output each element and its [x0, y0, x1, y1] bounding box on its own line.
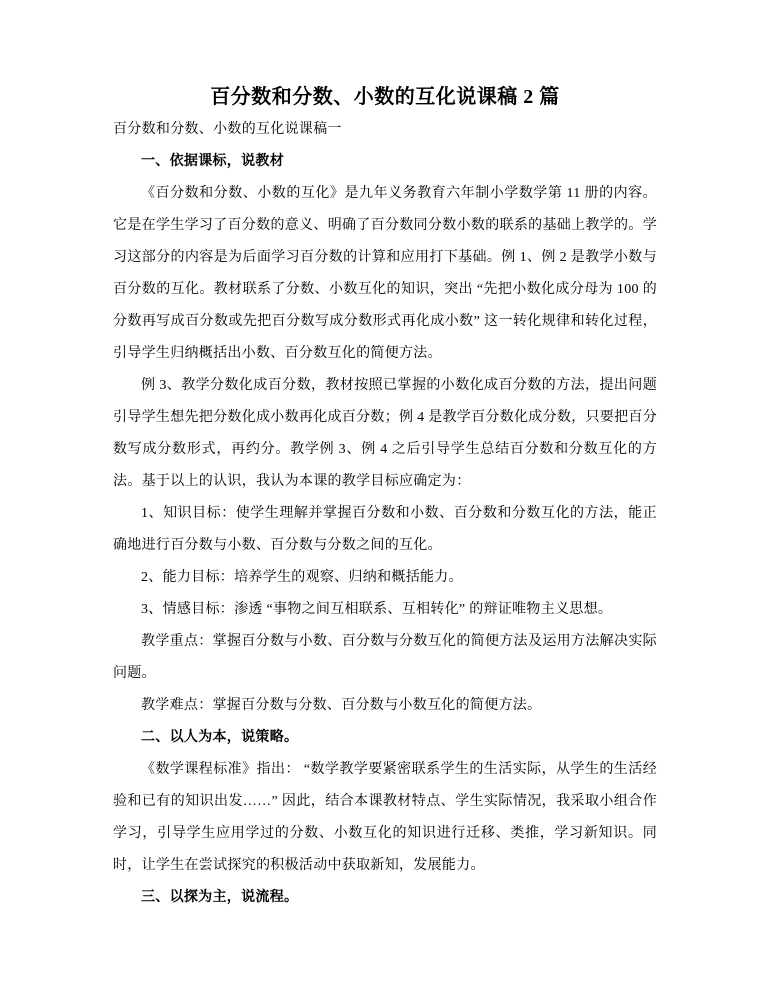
section-heading: 三、以探为主，说流程。 — [113, 882, 657, 914]
paragraph: 教学难点：掌握百分数与分数、百分数与小数互化的简便方法。 — [113, 690, 657, 722]
paragraph: 例 3、教学分数化成百分数，教材按照已掌握的小数化成百分数的方法，提出问题引导学… — [113, 370, 657, 498]
document-title: 百分数和分数、小数的互化说课稿 2 篇 — [113, 84, 657, 110]
paragraph: 百分数和分数、小数的互化说课稿一 — [113, 114, 657, 146]
paragraph: 2、能力目标：培养学生的观察、归纳和概括能力。 — [113, 562, 657, 594]
document-page: 百分数和分数、小数的互化说课稿 2 篇 百分数和分数、小数的互化说课稿一一、依据… — [0, 0, 770, 1000]
section-heading: 二、以人为本，说策略。 — [113, 722, 657, 754]
paragraph: 1、知识目标：使学生理解并掌握百分数和小数、百分数和分数互化的方法，能正确地进行… — [113, 498, 657, 562]
document-body: 百分数和分数、小数的互化说课稿一一、依据课标，说教材《百分数和分数、小数的互化》… — [113, 114, 657, 914]
paragraph: 教学重点：掌握百分数与小数、百分数与分数互化的简便方法及运用方法解决实际问题。 — [113, 626, 657, 690]
paragraph: 《百分数和分数、小数的互化》是九年义务教育六年制小学数学第 11 册的内容。它是… — [113, 178, 657, 370]
paragraph: 《数学课程标准》指出： “数学教学要紧密联系学生的生活实际，从学生的生活经验和已… — [113, 754, 657, 882]
paragraph: 3、情感目标：渗透 “事物之间互相联系、互相转化” 的辩证唯物主义思想。 — [113, 594, 657, 626]
section-heading: 一、依据课标，说教材 — [113, 146, 657, 178]
